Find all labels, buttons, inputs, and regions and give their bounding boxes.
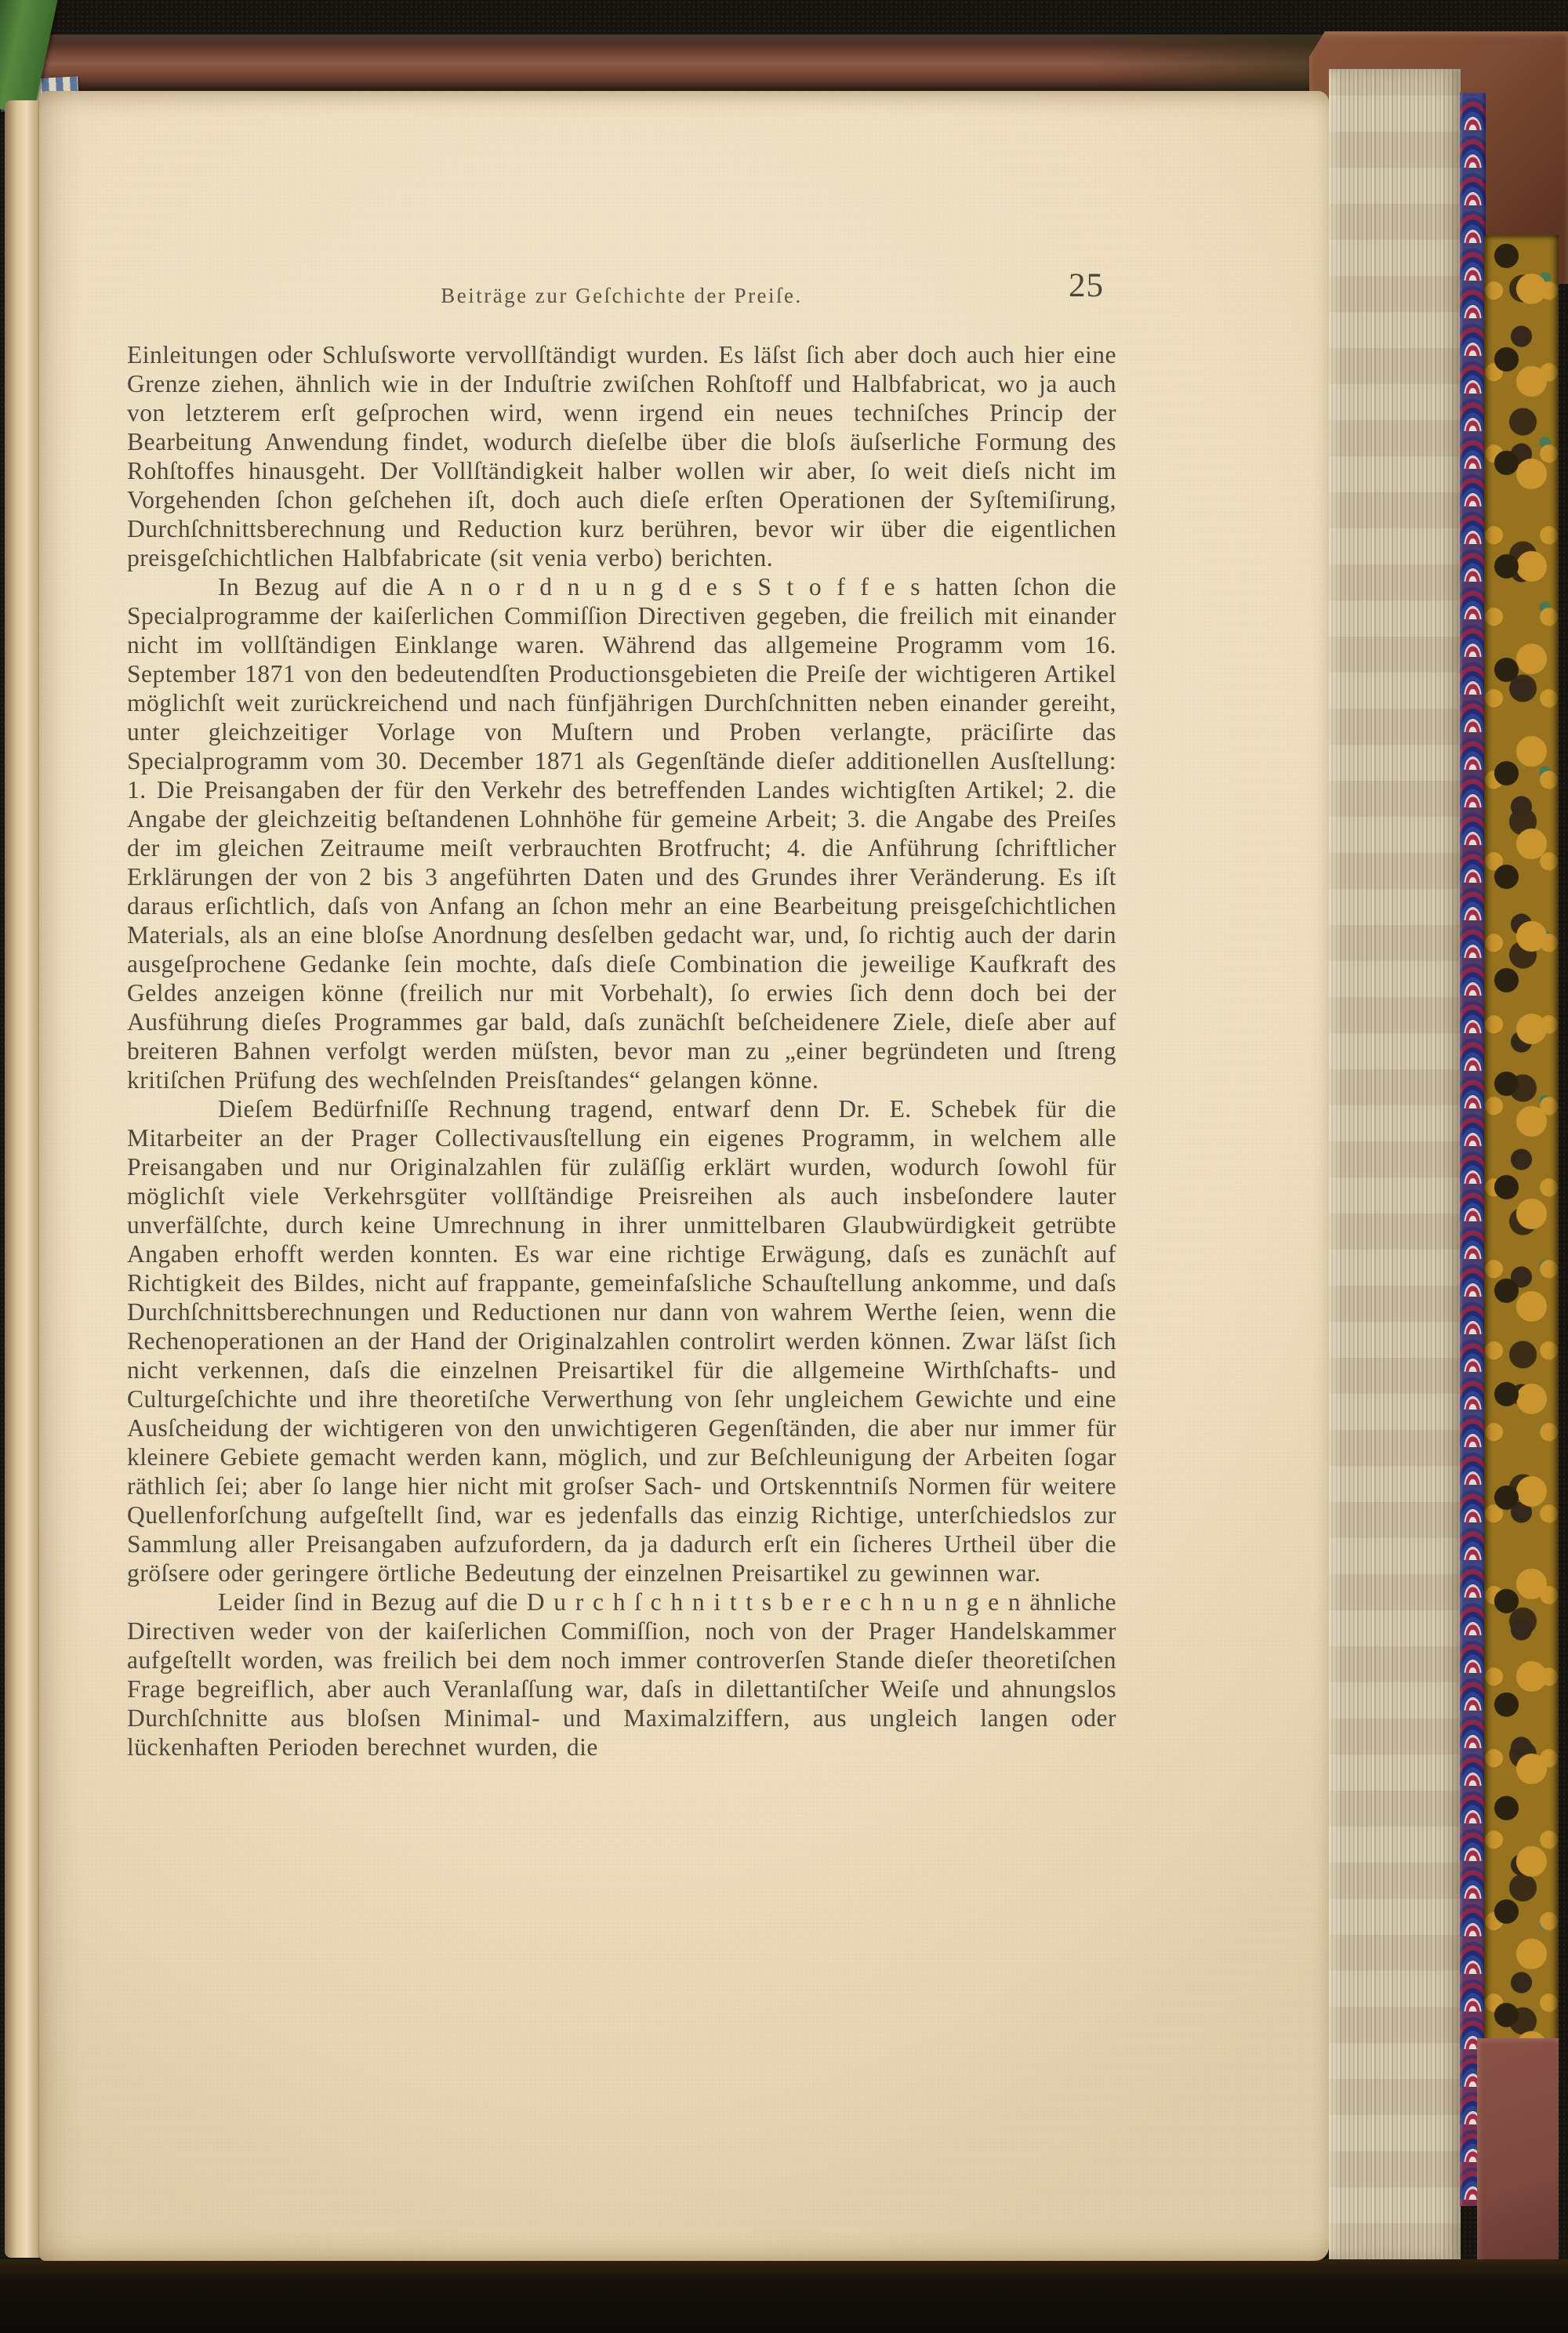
text-block: Einleitungen oder Schluſsworte vervollſt… bbox=[127, 340, 1116, 1762]
page: Beiträge zur Geſchichte der Preiſe. 25 E… bbox=[39, 91, 1329, 2261]
paragraph: Einleitungen oder Schluſsworte vervollſt… bbox=[127, 340, 1116, 572]
bottom-board-edge bbox=[0, 2259, 1568, 2333]
marbled-edge-strip bbox=[1460, 93, 1486, 2206]
top-edge-leather-roll bbox=[0, 34, 1499, 96]
marbled-cover-paper bbox=[1484, 235, 1559, 2054]
paragraph: Dieſem Bedürfniſſe Rechnung tragend, ent… bbox=[127, 1094, 1116, 1587]
fore-edge-page-stack bbox=[1329, 69, 1461, 2259]
running-title: Beiträge zur Geſchichte der Preiſe. bbox=[127, 284, 1116, 308]
paragraph: In Bezug auf die A n o r d n u n g d e s… bbox=[127, 572, 1116, 1094]
running-head: Beiträge zur Geſchichte der Preiſe. 25 bbox=[127, 276, 1116, 320]
cover-cloth-edge bbox=[1557, 0, 1568, 2333]
facing-page-edge bbox=[5, 100, 41, 2258]
page-number: 25 bbox=[1069, 267, 1104, 305]
paragraph: Leider ſind in Bezug auf die D u r c h ſ… bbox=[127, 1587, 1116, 1762]
book-scan: { "page": { "header": { "running_title":… bbox=[0, 0, 1568, 2333]
